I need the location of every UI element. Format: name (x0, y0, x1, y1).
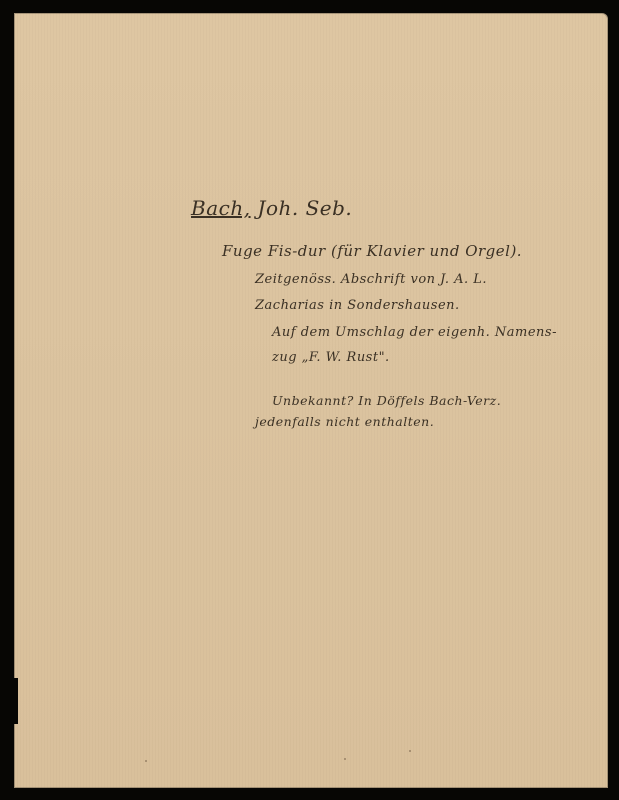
wrapper-note-line-1: Auf dem Umschlag der eigenh. Namens- (272, 325, 557, 340)
paper-speck (344, 758, 346, 760)
work-title: Fuge Fis-dur (für Klavier und Orgel). (222, 242, 522, 260)
catalogue-note-line-1: Unbekannt? In Döffels Bach-Verz. (272, 393, 501, 408)
composer-surname: Bach, (191, 196, 251, 220)
source-line-1: Zeitgenöss. Abschrift von J. A. L. (255, 272, 487, 287)
page-edge-tear (14, 678, 18, 724)
heading-composer: Bach, Joh. Seb. (191, 196, 352, 220)
paper-speck (409, 750, 411, 752)
paper-speck (145, 760, 147, 762)
catalogue-note-line-2: jedenfalls nicht enthalten. (255, 414, 434, 429)
source-line-2: Zacharias in Sondershausen. (255, 298, 460, 313)
wrapper-note-line-2: zug „F. W. Rust". (272, 350, 390, 365)
composer-given-names: Joh. Seb. (251, 196, 353, 220)
